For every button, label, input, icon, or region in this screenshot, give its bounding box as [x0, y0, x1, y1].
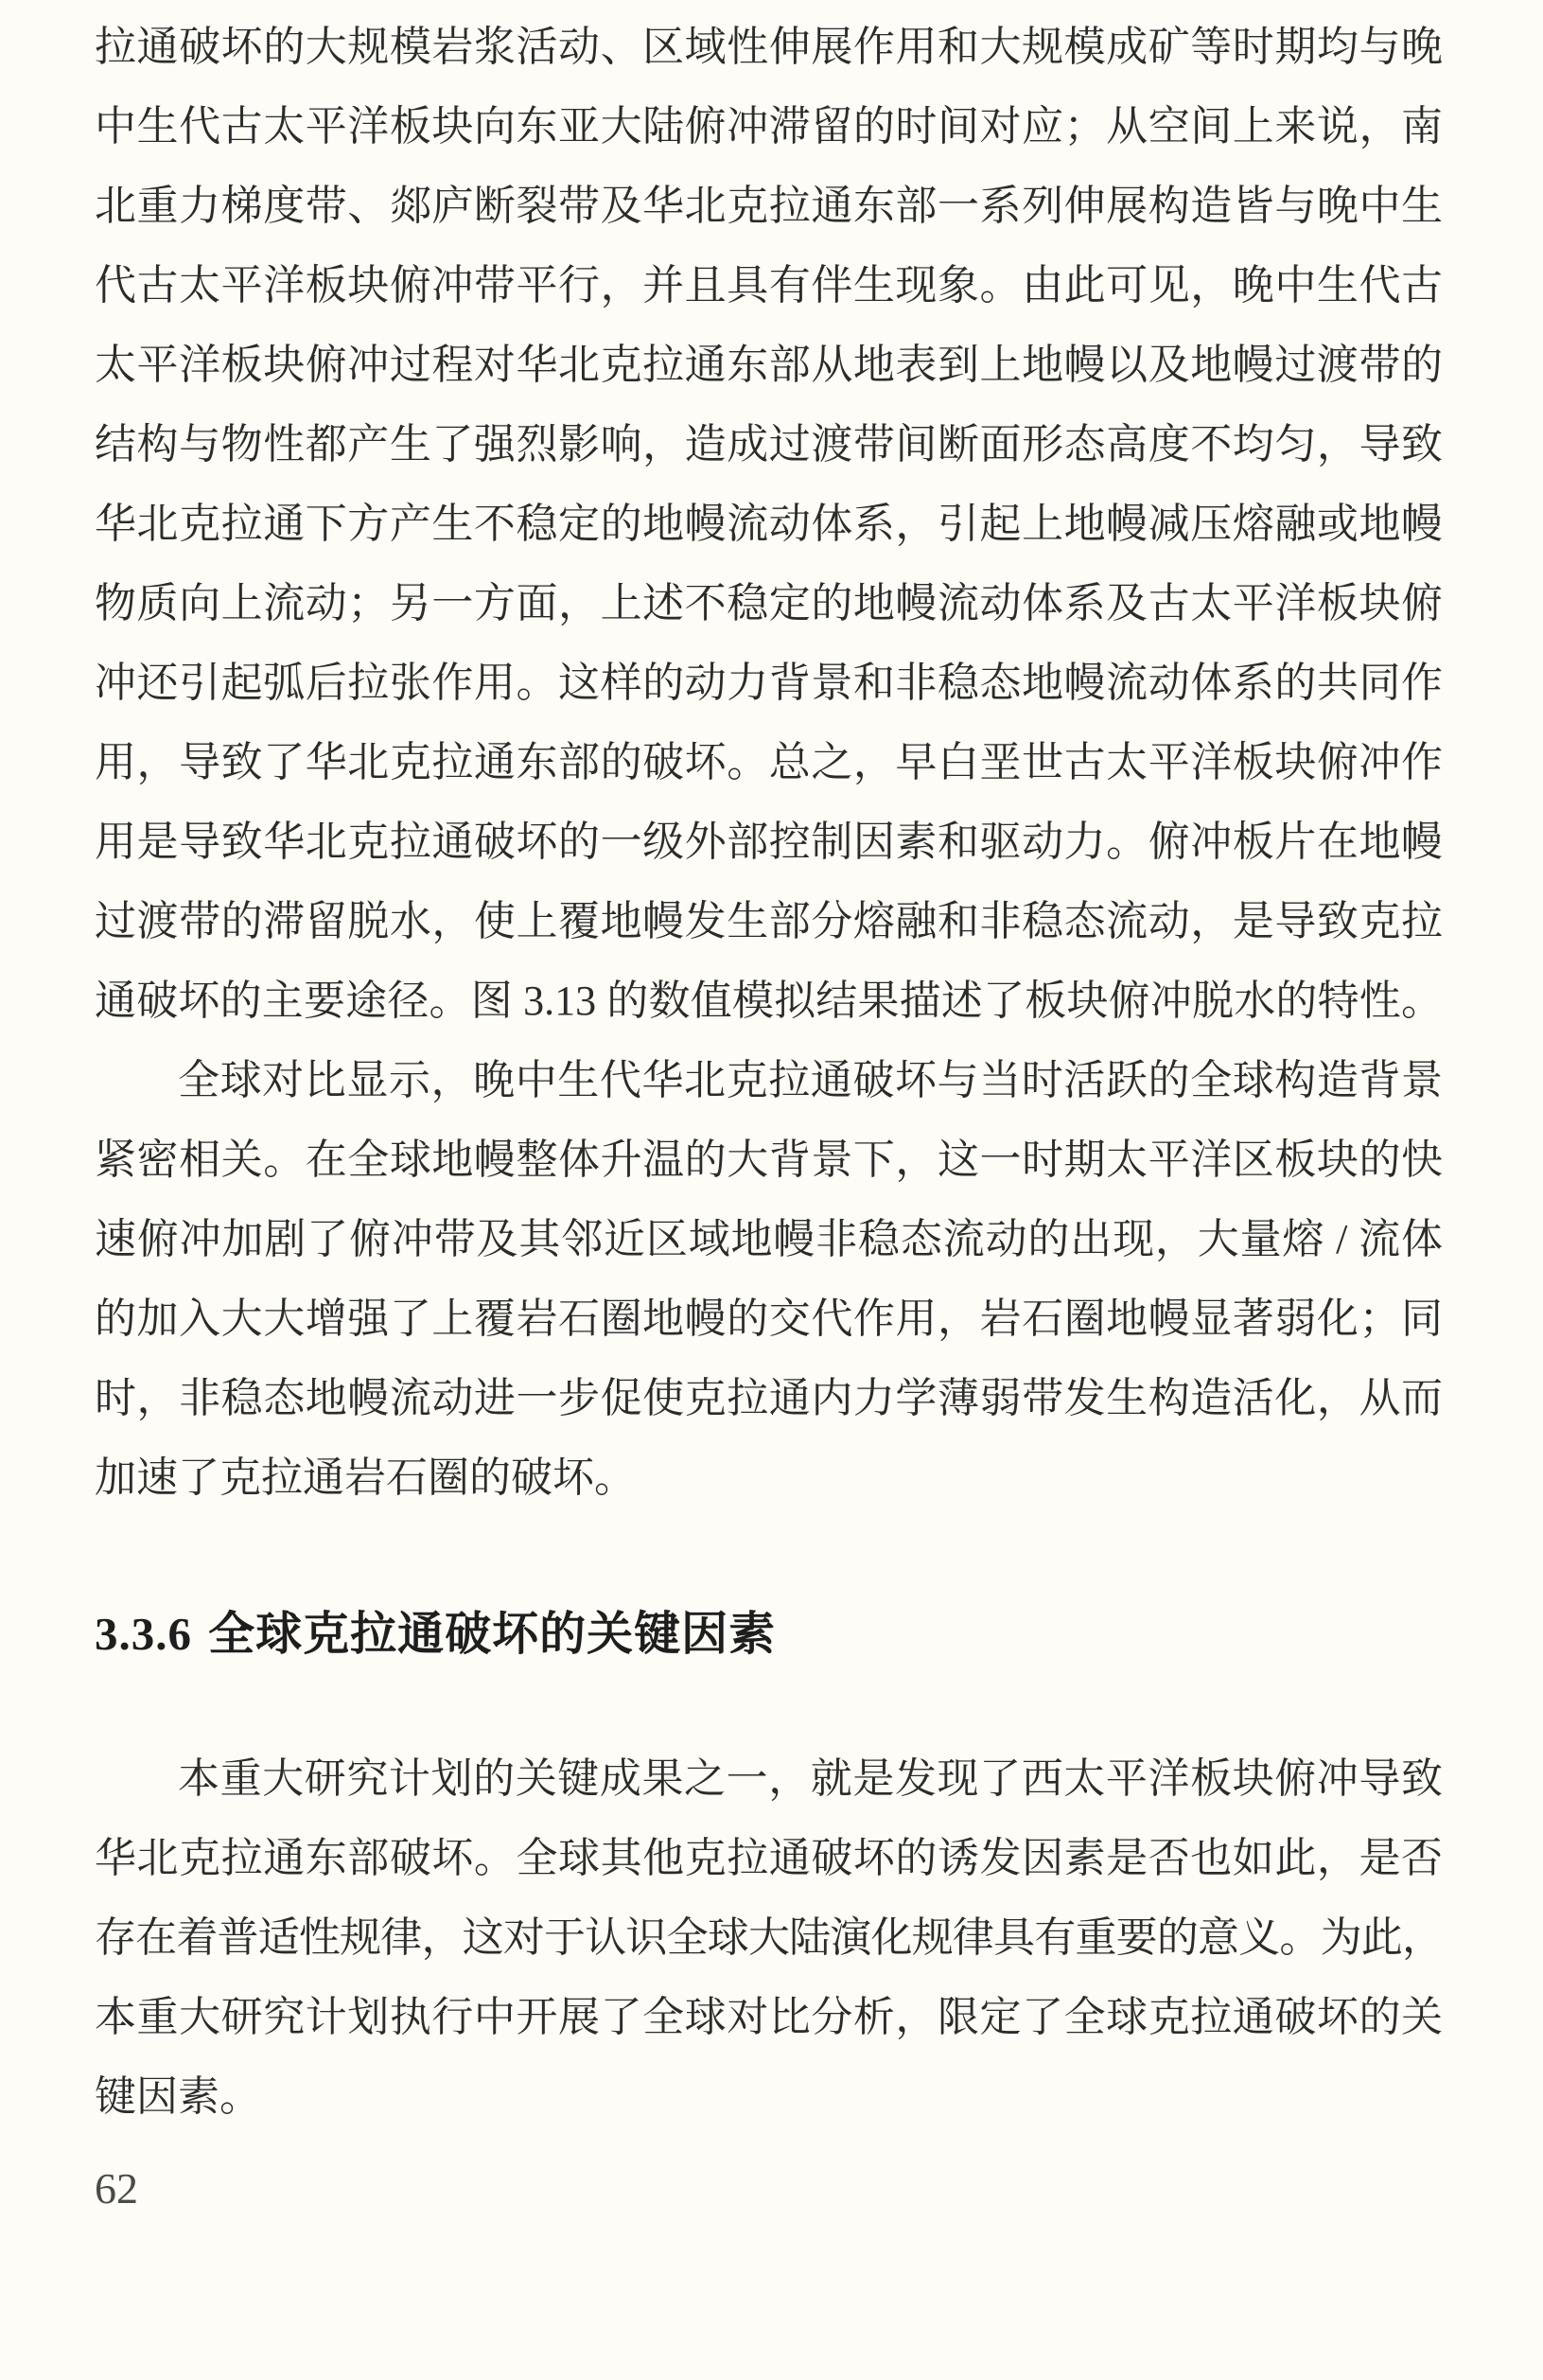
- text-line: 结构与物性都产生了强烈影响，造成过渡带间断面形态高度不均匀，导致: [95, 405, 1443, 485]
- text-line: 时，非稳态地幔流动进一步促使克拉通内力学薄弱带发生构造活化，从而: [95, 1359, 1443, 1438]
- text-line: 紧密相关。在全球地幔整体升温的大背景下，这一时期太平洋区板块的快: [95, 1120, 1443, 1200]
- text-line: 速俯冲加剧了俯冲带及其邻近区域地幔非稳态流动的出现，大量熔 / 流体: [95, 1200, 1443, 1279]
- text-line: 加速了克拉通岩石圈的破坏。: [95, 1438, 1443, 1518]
- text-line: 通破坏的主要途径。图 3.13 的数值模拟结果描述了板块俯冲脱水的特性。: [95, 961, 1443, 1041]
- text-line: 北重力梯度带、郯庐断裂带及华北克拉通东部一系列伸展构造皆与晚中生: [95, 167, 1443, 246]
- paragraph: 本重大研究计划的关键成果之一，就是发现了西太平洋板块俯冲导致 华北克拉通东部破坏…: [95, 1739, 1443, 2137]
- text-line: 太平洋板块俯冲过程对华北克拉通东部从地表到上地幔以及地幔过渡带的: [95, 326, 1443, 405]
- text-line: 用，导致了华北克拉通东部的破坏。总之，早白垩世古太平洋板块俯冲作: [95, 723, 1443, 802]
- text-line: 拉通破坏的大规模岩浆活动、区域性伸展作用和大规模成矿等时期均与晚: [95, 8, 1443, 87]
- paragraph: 全球对比显示，晚中生代华北克拉通破坏与当时活跃的全球构造背景 紧密相关。在全球地…: [95, 1041, 1443, 1518]
- paragraph-continuation: 拉通破坏的大规模岩浆活动、区域性伸展作用和大规模成矿等时期均与晚 中生代古太平洋…: [95, 8, 1443, 1041]
- text-line: 冲还引起弧后拉张作用。这样的动力背景和非稳态地幔流动体系的共同作: [95, 643, 1443, 723]
- text-line: 物质向上流动；另一方面，上述不稳定的地幔流动体系及古太平洋板块俯: [95, 564, 1443, 643]
- text-line: 华北克拉通下方产生不稳定的地幔流动体系，引起上地幔减压熔融或地幔: [95, 485, 1443, 564]
- text-line: 键因素。: [95, 2057, 1443, 2137]
- text-line: 存在着普适性规律，这对于认识全球大陆演化规律具有重要的意义。为此，: [95, 1898, 1443, 1978]
- book-page: 拉通破坏的大规模岩浆活动、区域性伸展作用和大规模成矿等时期均与晚 中生代古太平洋…: [0, 0, 1543, 2380]
- section-title: 全球克拉通破坏的关键因素: [208, 1608, 776, 1660]
- text-line: 华北克拉通东部破坏。全球其他克拉通破坏的诱发因素是否也如此，是否: [95, 1819, 1443, 1898]
- text-line: 代古太平洋板块俯冲带平行，并且具有伴生现象。由此可见，晚中生代古: [95, 246, 1443, 326]
- text-line: 本重大研究计划执行中开展了全球对比分析，限定了全球克拉通破坏的关: [95, 1978, 1443, 2057]
- page-number: 62: [95, 2165, 1443, 2213]
- text-line: 的加入大大增强了上覆岩石圈地幔的交代作用，岩石圈地幔显著弱化；同: [95, 1279, 1443, 1359]
- section-heading: 3.3.6全球克拉通破坏的关键因素: [95, 1604, 1443, 1665]
- text-line: 全球对比显示，晚中生代华北克拉通破坏与当时活跃的全球构造背景: [95, 1041, 1443, 1120]
- section-number: 3.3.6: [95, 1608, 192, 1660]
- text-line: 过渡带的滞留脱水，使上覆地幔发生部分熔融和非稳态流动，是导致克拉: [95, 882, 1443, 961]
- text-line: 用是导致华北克拉通破坏的一级外部控制因素和驱动力。俯冲板片在地幔: [95, 802, 1443, 882]
- text-line: 中生代古太平洋板块向东亚大陆俯冲滞留的时间对应；从空间上来说，南: [95, 87, 1443, 167]
- text-line: 本重大研究计划的关键成果之一，就是发现了西太平洋板块俯冲导致: [95, 1739, 1443, 1819]
